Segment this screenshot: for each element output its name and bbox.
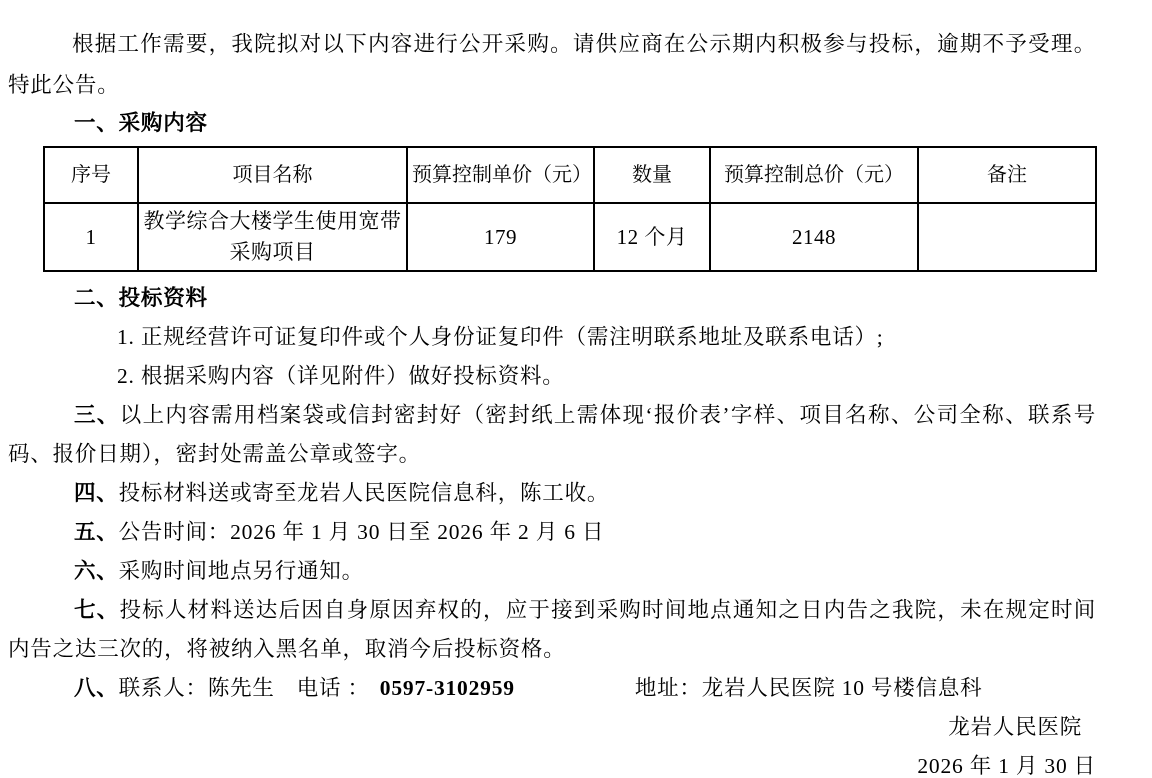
signature-date: 2026 年 1 月 30 日 bbox=[8, 747, 1096, 778]
col-header-quantity: 数量 bbox=[594, 147, 710, 203]
section-text: 采购时间地点另行通知。 bbox=[119, 559, 364, 583]
section-heading-procurement-content: 一、采购内容 bbox=[8, 106, 1096, 140]
col-header-remark: 备注 bbox=[918, 147, 1096, 203]
section-sealing-requirements: 三、以上内容需用档案袋或信封密封好（密封纸上需体现‘报价表’字样、项目名称、公司… bbox=[8, 396, 1096, 474]
contact-address: 地址：龙岩人民医院 10 号楼信息科 bbox=[635, 676, 983, 700]
section-number: 三、 bbox=[74, 403, 120, 427]
section-number: 六、 bbox=[74, 559, 119, 583]
section-number: 八、 bbox=[74, 676, 119, 700]
col-header-seq: 序号 bbox=[44, 147, 138, 203]
section-heading-bid-documents: 二、投标资料 bbox=[8, 278, 1096, 318]
contact-person-label: 联系人： bbox=[119, 676, 208, 700]
section-text: 以上内容需用档案袋或信封密封好（密封纸上需体现‘报价表’字样、项目名称、公司全称… bbox=[8, 403, 1096, 466]
cell-remark bbox=[918, 203, 1096, 271]
section-number: 七、 bbox=[74, 598, 119, 622]
section-number: 四、 bbox=[74, 481, 119, 505]
procurement-table: 序号 项目名称 预算控制单价（元） 数量 预算控制总价（元） 备注 1 教学综合… bbox=[43, 146, 1097, 272]
cell-quantity: 12 个月 bbox=[594, 203, 710, 271]
intro-paragraph: 根据工作需要，我院拟对以下内容进行公开采购。请供应商在公示期内积极参与投标，逾期… bbox=[8, 24, 1096, 106]
contact-person-name: 陈先生 bbox=[208, 676, 275, 700]
cell-seq: 1 bbox=[44, 203, 138, 271]
section-text: 投标材料送或寄至龙岩人民医院信息科，陈工收。 bbox=[119, 481, 610, 505]
bid-docs-item-1: 1. 正规经营许可证复印件或个人身份证复印件（需注明联系地址及联系电话）; bbox=[8, 318, 1096, 357]
signature-organization: 龙岩人民医院 bbox=[8, 708, 1096, 747]
section-time-place-notice: 六、采购时间地点另行通知。 bbox=[8, 552, 1096, 591]
table-header-row: 序号 项目名称 预算控制单价（元） 数量 预算控制总价（元） 备注 bbox=[44, 147, 1096, 203]
section-delivery: 四、投标材料送或寄至龙岩人民医院信息科，陈工收。 bbox=[8, 474, 1096, 513]
col-header-total-price: 预算控制总价（元） bbox=[710, 147, 918, 203]
contact-phone-number: 0597-3102959 bbox=[380, 676, 515, 700]
cell-unit-price: 179 bbox=[407, 203, 594, 271]
col-header-unit-price: 预算控制单价（元） bbox=[407, 147, 594, 203]
col-header-project-name: 项目名称 bbox=[138, 147, 407, 203]
table-row: 1 教学综合大楼学生使用宽带采购项目 179 12 个月 2148 bbox=[44, 203, 1096, 271]
contact-phone-label: 电话 ： bbox=[297, 676, 370, 700]
section-announcement-period: 五、公告时间：2026 年 1 月 30 日至 2026 年 2 月 6 日 bbox=[8, 513, 1096, 552]
section-number: 五、 bbox=[74, 520, 119, 544]
cell-project-name: 教学综合大楼学生使用宽带采购项目 bbox=[138, 203, 407, 271]
cell-total-price: 2148 bbox=[710, 203, 918, 271]
section-text: 公告时间：2026 年 1 月 30 日至 2026 年 2 月 6 日 bbox=[119, 520, 605, 544]
contact-line: 八、联系人：陈先生电话 ：0597-3102959地址：龙岩人民医院 10 号楼… bbox=[8, 669, 1096, 708]
procurement-notice-document: 根据工作需要，我院拟对以下内容进行公开采购。请供应商在公示期内积极参与投标，逾期… bbox=[0, 0, 1152, 778]
section-abandonment-rule: 七、投标人材料送达后因自身原因弃权的，应于接到采购时间地点通知之日内告之我院，未… bbox=[8, 591, 1096, 669]
section-text: 投标人材料送达后因自身原因弃权的，应于接到采购时间地点通知之日内告之我院，未在规… bbox=[8, 598, 1096, 661]
bid-docs-item-2: 2. 根据采购内容（详见附件）做好投标资料。 bbox=[8, 357, 1096, 396]
